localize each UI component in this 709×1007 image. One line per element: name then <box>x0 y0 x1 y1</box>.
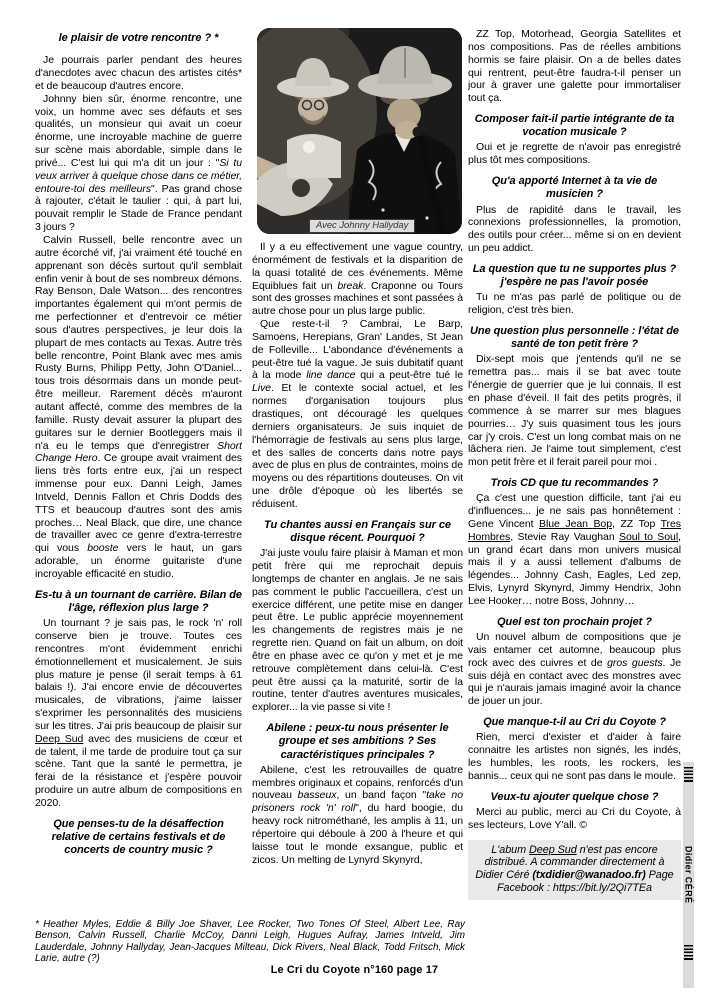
answer-paragraph: Tu ne m'as pas parlé de politique ou de … <box>468 291 681 317</box>
answer-paragraph: J'ai juste voulu faire plaisir à Maman e… <box>252 547 463 714</box>
column-3: ZZ Top, Motorhead, Georgia Satellites et… <box>468 28 681 966</box>
question-heading: Une question plus personnelle : l'état d… <box>468 325 681 351</box>
photo-johnny-hallyday: Avec Johnny Hallyday <box>257 28 462 234</box>
question-heading: Es-tu à un tournant de carrière. Bilan d… <box>35 589 242 615</box>
answer-paragraph: Calvin Russell, belle rencontre avec un … <box>35 234 242 581</box>
question-heading: Que manque-t-il au Cri du Coyote ? <box>468 716 681 729</box>
album-order-box: L'abum Deep Sud n'est pas encore distrib… <box>468 840 681 901</box>
answer-paragraph: Ça c'est une question difficile, tant j'… <box>468 492 681 608</box>
question-heading: Quel est ton prochain projet ? <box>468 616 681 629</box>
page-footer: Le Cri du Coyote n°160 page 17 <box>0 964 709 976</box>
column-1: le plaisir de votre rencontre ? * Je pou… <box>35 30 242 916</box>
question-heading: Veux-tu ajouter quelque chose ? <box>468 791 681 804</box>
question-heading: Que penses-tu de la désaffection relativ… <box>35 818 242 858</box>
author-name: Didier CÉRÉ <box>684 846 694 903</box>
question-heading: Qu'a apporté Internet à ta vie de musici… <box>468 175 681 201</box>
answer-paragraph: Je pourrais parler pendant des heures d'… <box>35 54 242 93</box>
question-heading: Composer fait-il partie intégrante de ta… <box>468 113 681 139</box>
magazine-page: le plaisir de votre rencontre ? * Je pou… <box>0 0 709 1007</box>
question-heading: La question que tu ne supportes plus ? j… <box>468 263 681 289</box>
question-heading: Trois CD que tu recommandes ? <box>468 477 681 490</box>
answer-paragraph: Il y a eu effectivement une vague countr… <box>252 241 463 318</box>
micro-print-bottom <box>684 945 693 960</box>
answer-paragraph: Un tournant ? je sais pas, le rock 'n' r… <box>35 617 242 810</box>
photo-image <box>257 28 462 234</box>
answer-paragraph: Que reste-t-il ? Cambrai, Le Barp, Samoe… <box>252 318 463 511</box>
answer-paragraph: Un nouvel album de compositions que je v… <box>468 631 681 708</box>
photo-caption: Avec Johnny Hallyday <box>309 219 415 233</box>
answer-paragraph: Merci au public, merci au Cri du Coyote,… <box>468 806 681 832</box>
answer-paragraph: Rien, merci d'exister et d'aider à faire… <box>468 731 681 782</box>
footnote-artists: * Heather Myles, Eddie & Billy Joe Shave… <box>35 919 465 964</box>
answer-paragraph: Johnny bien sûr, énorme rencontre, une v… <box>35 93 242 234</box>
question-heading: le plaisir de votre rencontre ? * <box>35 32 242 45</box>
question-heading: Tu chantes aussi en Français sur ce disq… <box>252 519 463 545</box>
question-heading: Abilene : peux-tu nous présenter le grou… <box>252 722 463 762</box>
answer-paragraph: Abilene, c'est les retrouvailles de quat… <box>252 764 463 867</box>
answer-paragraph: Dix-sept mois que j'entends qu'il ne se … <box>468 353 681 469</box>
answer-paragraph: Oui et je regrette de n'avoir pas enregi… <box>468 141 681 167</box>
answer-paragraph: ZZ Top, Motorhead, Georgia Satellites et… <box>468 28 681 105</box>
answer-paragraph: Plus de rapidité dans le travail, les co… <box>468 204 681 255</box>
column-2: Avec Johnny Hallyday Il y a eu effective… <box>252 28 463 918</box>
micro-print-top <box>684 767 693 782</box>
